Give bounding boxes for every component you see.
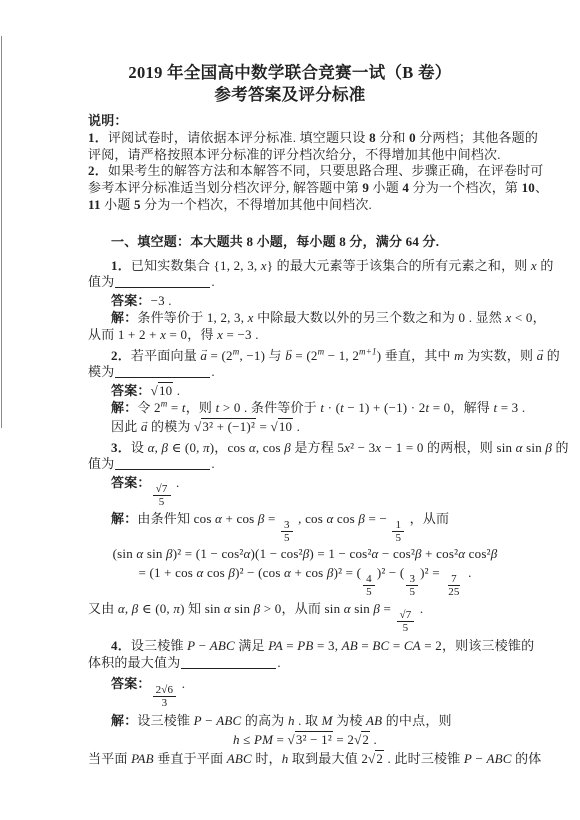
note1-line2: 评阅，请严格按照本评分标准的评分档次给分，不得增加其他中间档次. [88,147,580,164]
fraction: 35 [281,519,293,545]
fraction: 2√63 [153,684,177,710]
q4-equation-line1: h ≤ PM = √3² − 1² = 2√2 . [88,732,522,749]
q2-answer: 答案：√10 . [88,383,580,400]
notes-heading: 说明： [88,113,580,130]
answer-blank-underline [115,458,210,471]
q4-answer: 答案：2√63 . [88,676,580,710]
q1-solution-line1: 解：条件等价于 1, 2, 3, x 中除最大数以外的另三个数之和为 0 . 显… [88,310,580,327]
q3-solution-line2: 又由 α, β ∈ (0, π) 知 sin α sin β > 0，从而 si… [88,601,580,635]
doc-title-line2: 参考答案及评分标准 [0,84,580,106]
q4-statement-line1: 4．设三棱锥 P − ABC 满足 PA = PB = 3, AB = BC =… [88,638,580,655]
doc-page: 2019 年全国高中数学联合竞赛一试（B 卷） 参考答案及评分标准 说明： 1．… [0,0,580,820]
answer-blank-underline [115,366,210,379]
fraction: 725 [445,573,462,599]
q3-statement-line2: 值为. [88,456,580,473]
doc-title-line1: 2019 年全国高中数学联合竞赛一试（B 卷） [0,62,580,84]
fraction: 15 [392,519,404,545]
note1-line1: 1．评阅试卷时，请依据本评分标准. 填空题只设 8 分和 0 分两档；其他各题的 [88,130,580,147]
q4-statement-line2: 体积的最大值为. [88,655,580,672]
section1-heading: 一、填空题：本大题共 8 小题，每小题 8 分，满分 64 分. [88,234,580,251]
q2-statement-line1: 2．若平面向量 a = (2m, −1) 与 b = (2m − 1, 2m+1… [88,348,580,365]
q1-solution-line2: 从而 1 + 2 + x = 0，得 x = −3 . [88,327,580,344]
q1-statement-line2: 值为. [88,274,580,291]
note2-line1: 2．如果考生的解答方法和本解答不同，只要思路合理、步骤正确，在评卷时可 [88,163,580,180]
q3-solution-line1: 解：由条件知 cos α + cos β = 35 , cos α cos β … [88,511,580,545]
q3-statement-line1: 3．设 α, β ∈ (0, π)，cos α, cos β 是方程 5x² −… [88,440,580,457]
q1-statement-line1: 1．已知实数集合 {1, 2, 3, x} 的最大元素等于该集合的所有元素之和，… [88,258,580,275]
answer-blank-underline [181,656,276,669]
fraction: √75 [397,609,415,635]
fraction: √75 [153,483,171,509]
q2-solution-line2: 因此 a 的模为 √3² + (−1)² = √10 . [88,419,580,436]
q3-equation-line2: = (1 + cos α cos β)² − (cos α + cos β)² … [88,565,522,599]
q4-solution-line1: 解：设三棱锥 P − ABC 的高为 h . 取 M 为棱 AB 的中点，则 [88,713,580,730]
note2-line3: 11 小题 5 分为一个档次，不得增加其他中间档次. [88,197,580,214]
q2-solution-line1: 解：令 2m = t，则 t > 0 . 条件等价于 t · (t − 1) +… [88,400,580,417]
q3-equation-line1: (sin α sin β)² = (1 − cos²α)(1 − cos²β) … [88,546,522,563]
fraction: 35 [406,573,418,599]
q1-answer: 答案：−3 . [88,293,580,310]
answer-blank-underline [115,276,210,289]
scan-edge-artifact [1,36,2,428]
q2-statement-line2: 模为. [88,364,580,381]
note2-line2: 参考本评分标准适当划分档次评分, 解答题中第 9 小题 4 分为一个档次，第 1… [88,180,580,197]
q4-solution-line2: 当平面 PAB 垂直于平面 ABC 时，h 取到最大值 2√2 . 此时三棱锥 … [88,751,580,768]
q3-answer: 答案：√75 . [88,475,580,509]
fraction: 45 [363,573,375,599]
